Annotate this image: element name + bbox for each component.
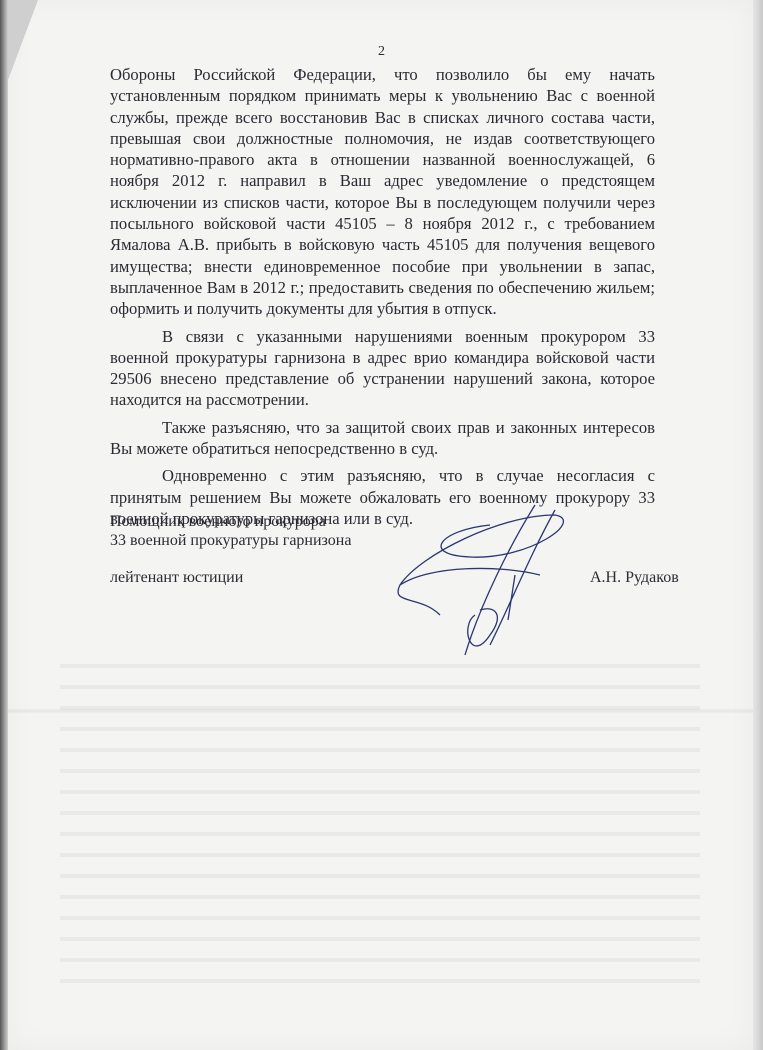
signatory-position: Помощник военного прокурора 33 военной п… [110, 512, 351, 550]
paragraph-continuation: Обороны Российской Федерации, что позвол… [110, 64, 655, 320]
handwritten-signature [380, 495, 580, 665]
paragraph-court-right: Также разъясняю, что за защитой своих пр… [110, 417, 655, 460]
signatory-rank: лейтенант юстиции [110, 569, 243, 587]
signatory-name: А.Н. Рудаков [590, 569, 679, 587]
letter-body: Обороны Российской Федерации, что позвол… [110, 64, 655, 529]
page-number: 2 [0, 44, 763, 60]
position-line-1: Помощник военного прокурора [110, 512, 351, 531]
position-line-2: 33 военной прокуратуры гарнизона [110, 531, 351, 550]
reverse-side-bleed-through [60, 655, 700, 985]
folded-corner [8, 0, 38, 80]
paragraph-violations: В связи с указанными нарушениями военным… [110, 326, 655, 411]
scan-edge-right [753, 0, 763, 1050]
scan-edge-left [0, 0, 8, 1050]
